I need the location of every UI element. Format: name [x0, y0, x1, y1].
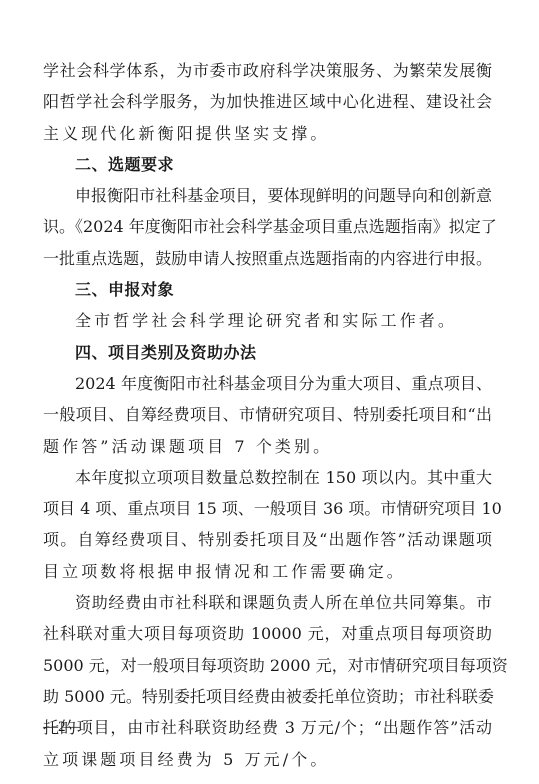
paragraph-categories: 2024 年度衡阳市社科基金项目分为重大项目、重点项目、 一般项目、自筹经费项目… [43, 368, 492, 462]
text-line: 助 5000 元。特别委托项目经费由被委托单位资助；市社科联委 [43, 681, 492, 712]
text-line: 阳哲学社会科学服务，为加快推进区域中心化进程、建设社会 [43, 86, 492, 117]
paragraph-continuation: 学社会科学体系，为市委市政府科学决策服务、为繁荣发展衡 阳哲学社会科学服务，为加… [43, 55, 492, 149]
text-line: 题作答”活动课题项目 7 个类别。 [43, 431, 492, 462]
paragraph-topic-requirements: 申报衡阳市社科基金项目，要体现鲜明的问题导向和创新意 识。《2024 年度衡阳市… [43, 180, 492, 274]
text-line: 项目 4 项、重点项目 15 项、一般项目 36 项。市情研究项目 10 [43, 493, 492, 524]
text-line: 本年度拟立项项目数量总数控制在 150 项以内。其中重大 [43, 462, 492, 493]
paragraph-project-quota: 本年度拟立项项目数量总数控制在 150 项以内。其中重大 项目 4 项、重点项目… [43, 462, 492, 587]
text-line: 一般项目、自筹经费项目、市情研究项目、特别委托项目和“出 [43, 399, 492, 430]
text-line: 一批重点选题，鼓励申请人按照重点选题指南的内容进行申报。 [43, 243, 492, 274]
page-number: —2— [43, 719, 81, 736]
section-heading-applicants: 三、申报对象 [43, 274, 492, 305]
document-page: 学社会科学体系，为市委市政府科学决策服务、为繁荣发展衡 阳哲学社会科学服务，为加… [43, 55, 492, 775]
text-line: 托的项目，由市社科联资助经费 3 万元/个；“出题作答”活动 [43, 712, 492, 743]
text-line: 全市哲学社会科学理论研究者和实际工作者。 [43, 305, 492, 336]
text-line: 申报衡阳市社科基金项目，要体现鲜明的问题导向和创新意 [43, 180, 492, 211]
text-line: 2024 年度衡阳市社科基金项目分为重大项目、重点项目、 [43, 368, 492, 399]
text-line: 项。自筹经费项目、特别委托项目及“出题作答”活动课题项 [43, 524, 492, 555]
text-line: 主义现代化新衡阳提供坚实支撑。 [43, 118, 492, 149]
text-line: 社科联对重大项目每项资助 10000 元，对重点项目每项资助 [43, 618, 492, 649]
text-line: 识。《2024 年度衡阳市社会科学基金项目重点选题指南》拟定了 [43, 211, 492, 242]
text-line: 5000 元，对一般项目每项资助 2000 元，对市情研究项目每项资 [43, 650, 492, 681]
text-line: 立项课题项目经费为 5 万元/个。 [43, 744, 492, 775]
paragraph-funding: 资助经费由市社科联和课题负责人所在单位共同筹集。市 社科联对重大项目每项资助 1… [43, 587, 492, 775]
text-line: 学社会科学体系，为市委市政府科学决策服务、为繁荣发展衡 [43, 55, 492, 86]
text-line: 资助经费由市社科联和课题负责人所在单位共同筹集。市 [43, 587, 492, 618]
paragraph-applicants: 全市哲学社会科学理论研究者和实际工作者。 [43, 305, 492, 336]
section-heading-topic-requirements: 二、选题要求 [43, 149, 492, 180]
text-line: 目立项数将根据申报情况和工作需要确定。 [43, 556, 492, 587]
section-heading-categories-funding: 四、项目类别及资助办法 [43, 337, 492, 368]
